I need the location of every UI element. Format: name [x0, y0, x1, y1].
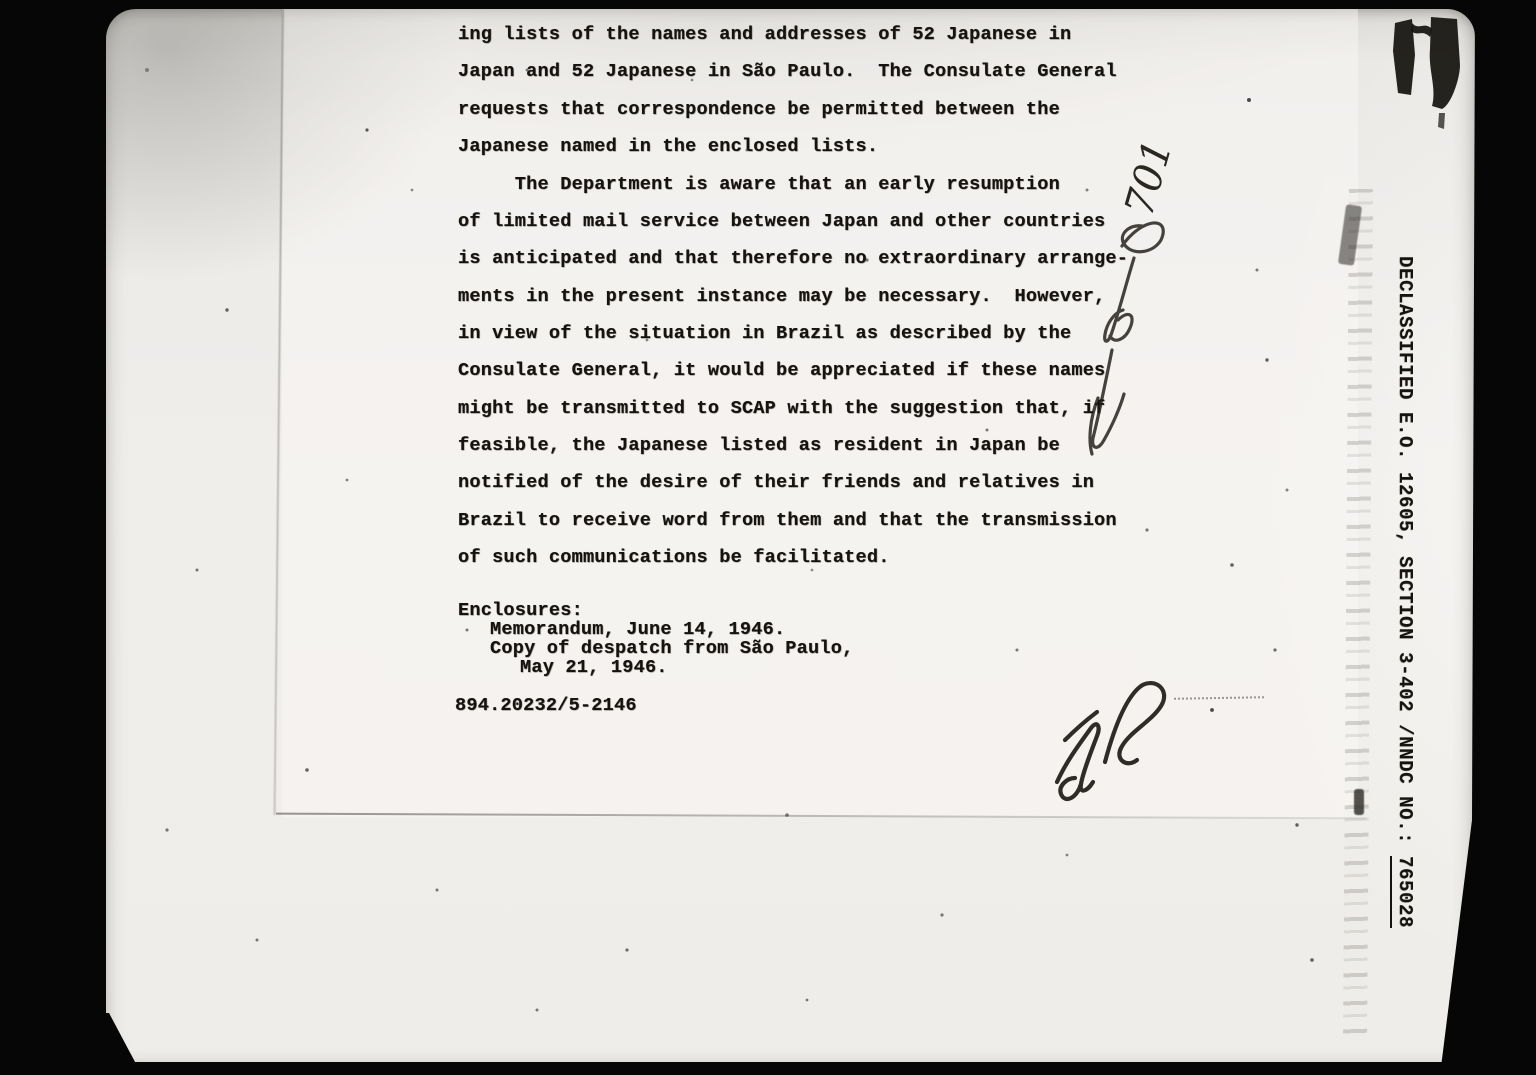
typed-line: ing lists of the names and addresses of … [458, 24, 1071, 46]
dirt-blob [1354, 789, 1364, 815]
ink-blotch-marks [1385, 9, 1481, 135]
typed-line: Japanese named in the enclosed lists. [458, 136, 878, 158]
declassification-nndc-number: 765028 [1390, 856, 1416, 928]
declassification-stamp: DECLASSIFIED E.O. 12605, SECTION 3-402 /… [1394, 256, 1416, 956]
paper-speckle-layer [106, 9, 108, 11]
typed-line: Consulate General, it would be appreciat… [458, 360, 1105, 382]
typed-line: requests that correspondence be permitte… [458, 99, 1060, 121]
typed-line: The Department is aware that an early re… [458, 174, 1060, 196]
typed-line: of such communications be facilitated. [458, 547, 890, 569]
typed-line: feasible, the Japanese listed as residen… [458, 435, 1060, 457]
typed-line: ments in the present instance may be nec… [458, 286, 1105, 308]
typed-line: notified of the desire of their friends … [458, 472, 1094, 494]
film-edge-dirt-strip [1343, 189, 1373, 1041]
handwritten-cursive-note [1090, 223, 1163, 454]
declassification-stamp-text: DECLASSIFIED E.O. 12605, SECTION 3-402 /… [1394, 256, 1416, 856]
typed-line: might be transmitted to SCAP with the su… [458, 398, 1105, 420]
scanned-document-page: ing lists of the names and addresses of … [106, 9, 1475, 1062]
handwritten-annotation: 701 [1078, 98, 1198, 478]
enclosure-item: May 21, 1946. [520, 657, 668, 679]
typed-line: Brazil to receive word from them and tha… [458, 510, 1117, 532]
handwritten-file-code: 701 [1116, 135, 1181, 221]
typed-line: of limited mail service between Japan an… [458, 211, 1105, 233]
file-number: 894.20232/5-2146 [455, 695, 637, 717]
typed-line: in view of the situation in Brazil as de… [458, 323, 1071, 345]
typed-line: Japan and 52 Japanese in São Paulo. The … [458, 61, 1117, 83]
typed-line: is anticipated and that therefore no ext… [458, 248, 1128, 270]
handwritten-signature [1035, 660, 1200, 810]
